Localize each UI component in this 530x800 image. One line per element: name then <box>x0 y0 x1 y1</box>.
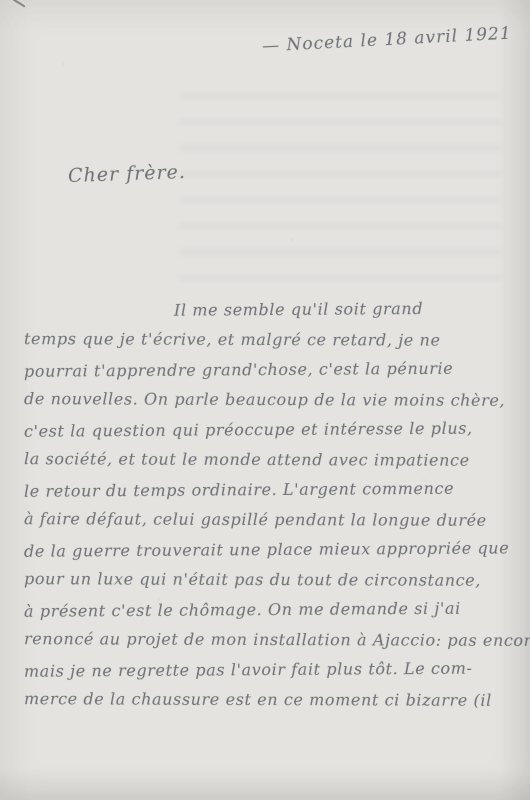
body-line: le retour du temps ordinaire. L'argent c… <box>24 473 516 506</box>
body-line: Il me semble qu'il soit grand <box>24 293 516 326</box>
body-line: c'est la question qui préoccupe et intér… <box>24 413 516 446</box>
ink-bleedthrough <box>180 85 500 285</box>
body-line: pour un luxe qui n'était pas du tout de … <box>24 564 516 596</box>
dateline: — Noceta le 18 avril 1921 <box>262 23 513 56</box>
body-line: pourrai t'apprendre grand'chose, c'est l… <box>24 353 516 386</box>
body-line: de nouvelles. On parle beaucoup de la vi… <box>24 384 516 416</box>
letter-page: — Noceta le 18 avril 1921 Cher frère. Il… <box>0 0 530 800</box>
salutation: Cher frère. <box>68 161 187 187</box>
body-line: merce de la chaussure est en ce moment c… <box>24 684 516 716</box>
body-line: à faire défaut, celui gaspillé pendant l… <box>24 504 516 536</box>
letter-body: Il me semble qu'il soit grand temps que … <box>24 295 516 715</box>
body-line: de la guerre trouverait une place mieux … <box>24 533 516 566</box>
body-line: temps que je t'écrive, et malgré ce reta… <box>24 324 516 356</box>
scan-corner-mark <box>13 0 26 8</box>
body-line: renoncé au projet de mon installation à … <box>24 624 516 656</box>
body-line: mais je ne regrette pas l'avoir fait plu… <box>24 653 516 686</box>
body-line: la société, et tout le monde attend avec… <box>24 444 516 476</box>
body-line: à présent c'est le chômage. On me demand… <box>24 593 516 626</box>
